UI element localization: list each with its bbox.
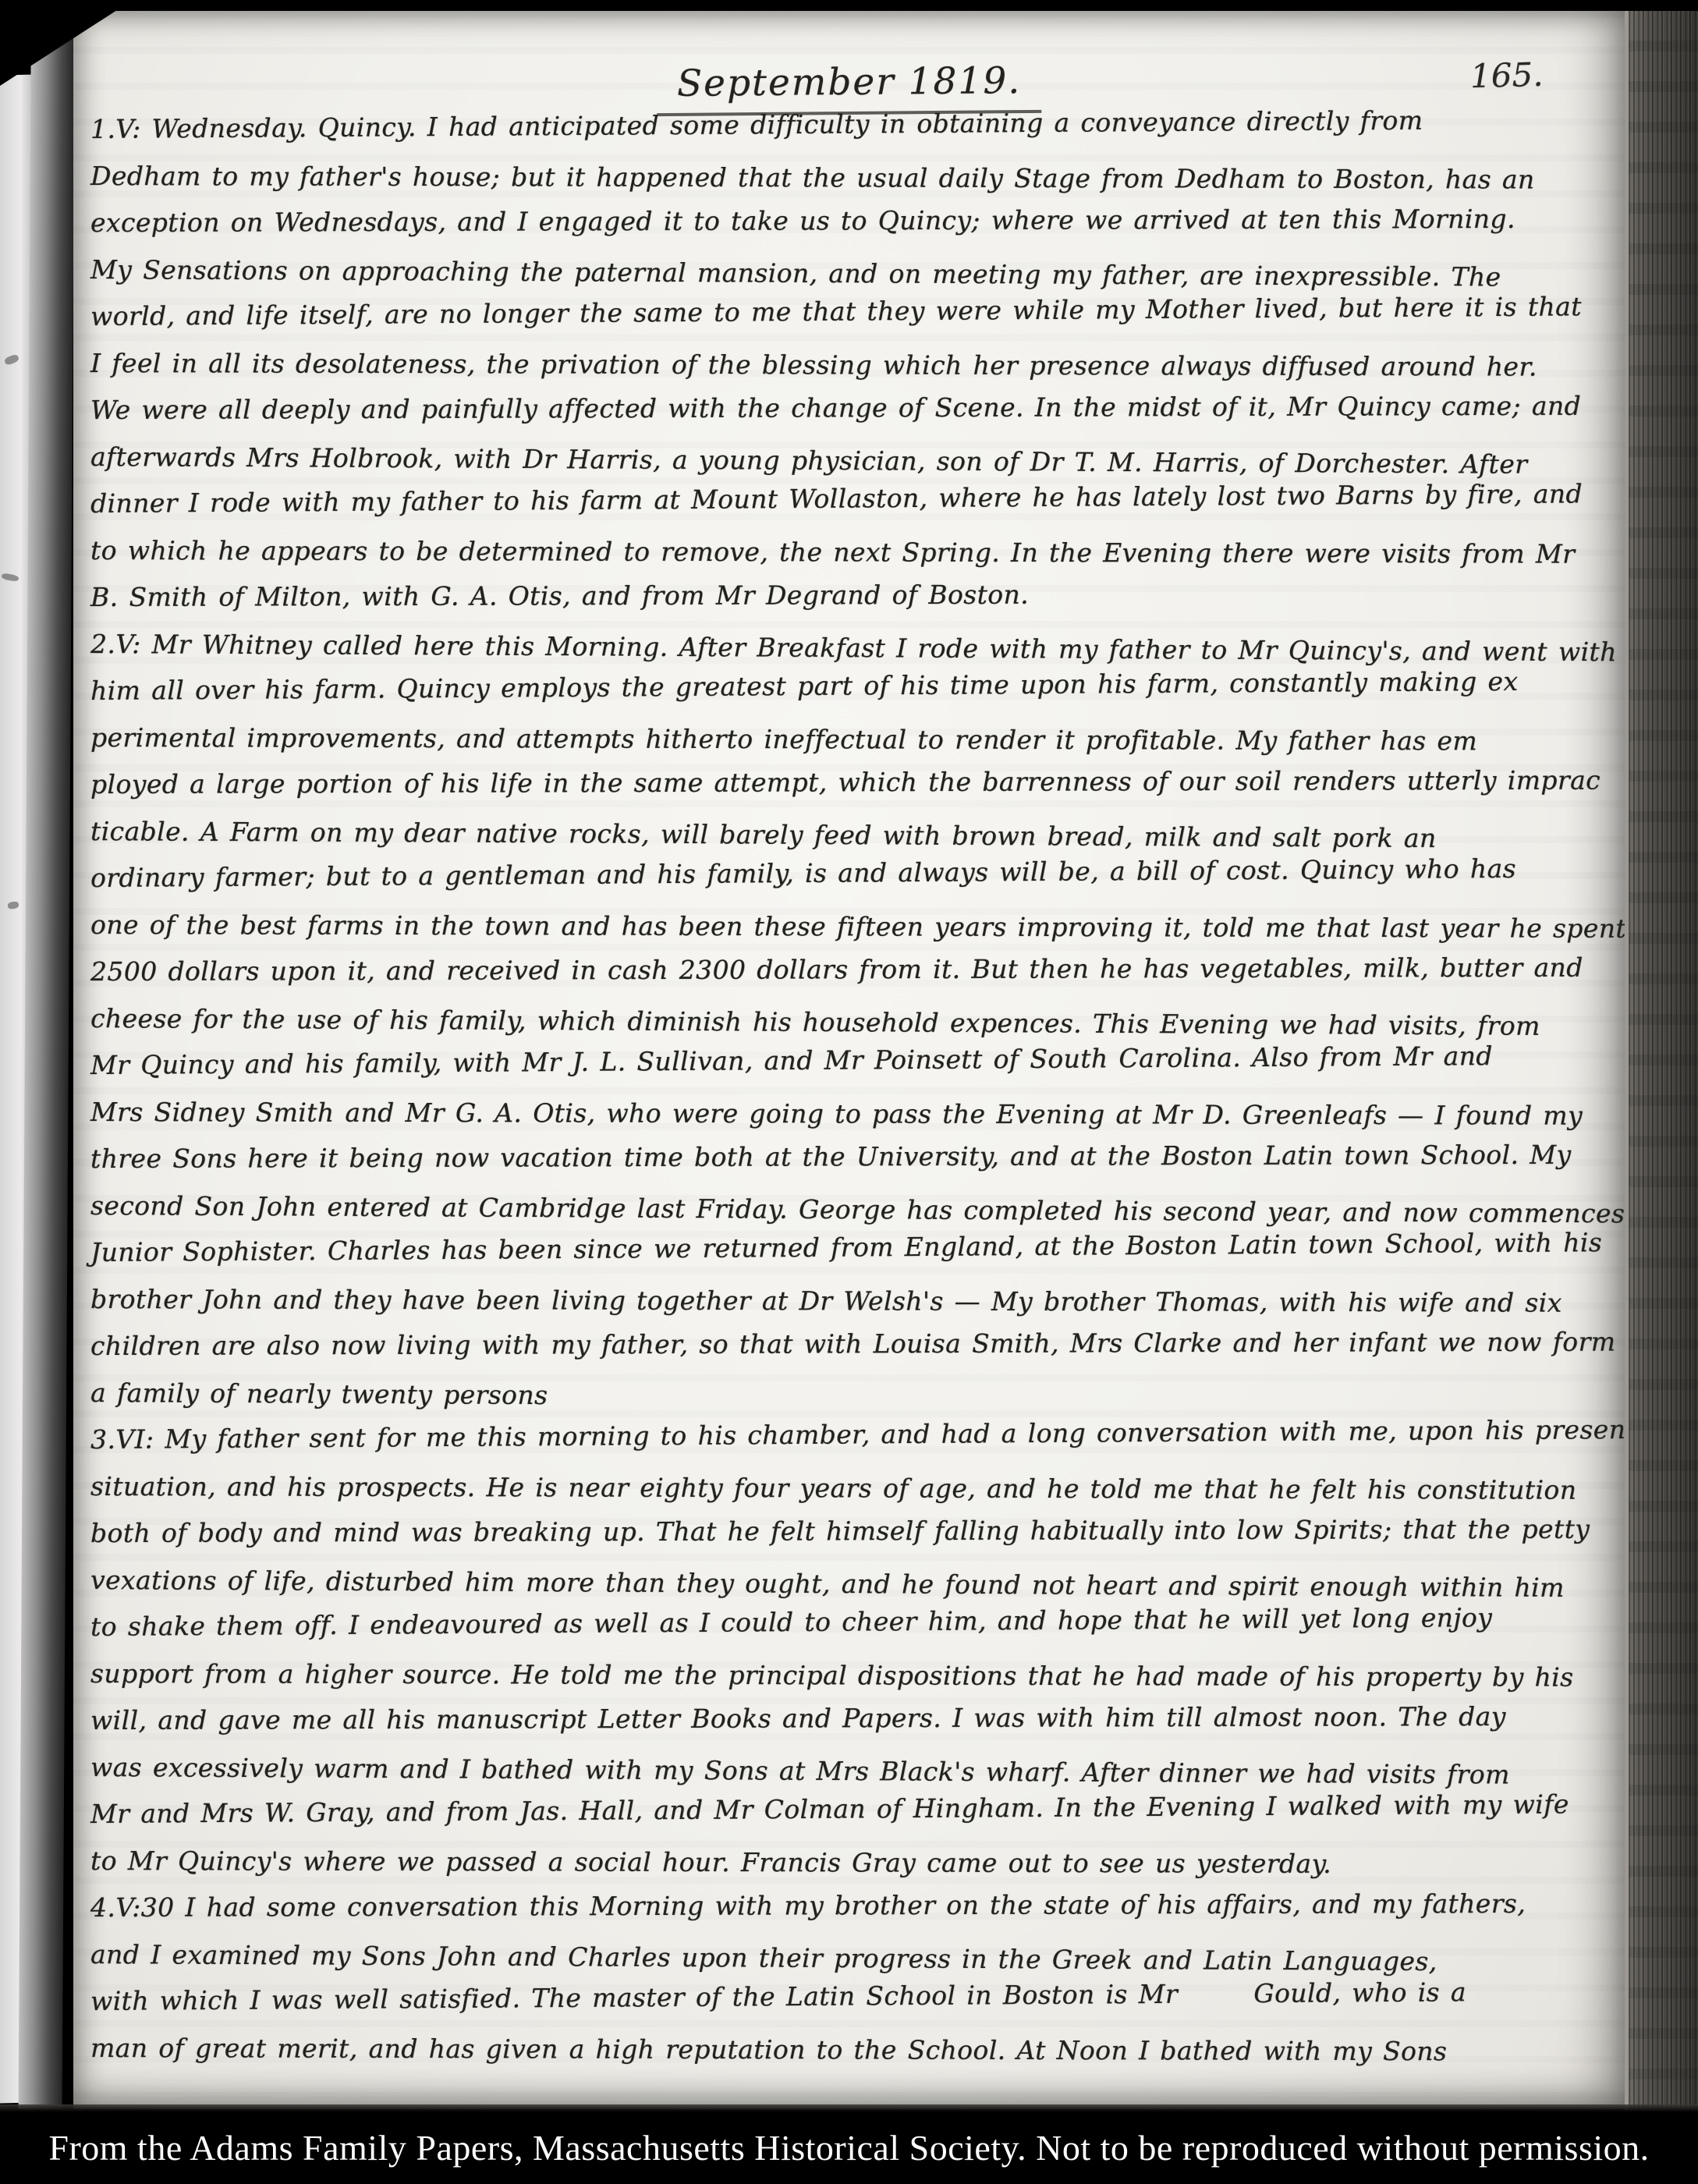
caption-band: From the Adams Family Papers, Massachuse… — [0, 2111, 1698, 2184]
top-black-band — [0, 0, 1698, 11]
manuscript-line: with which I was well satisfied. The mas… — [90, 1968, 1611, 2025]
manuscript-line: We were all deeply and painfully affecte… — [90, 383, 1611, 434]
page-number: 165. — [1470, 55, 1544, 95]
manuscript-line: man of great merit, and has given a high… — [90, 2025, 1611, 2076]
ink-bleed-mark — [4, 353, 19, 366]
manuscript-paper: September 1819. 165. 1.V: Wednesday. Qui… — [73, 11, 1625, 2109]
manuscript-line: ployed a large portion of his life in th… — [90, 757, 1611, 808]
manuscript-line: 1.V: Wednesday. Quincy. I had anticipate… — [90, 96, 1611, 153]
archive-caption: From the Adams Family Papers, Massachuse… — [48, 2127, 1649, 2168]
manuscript-line: world, and life itself, are no longer th… — [90, 283, 1611, 340]
scanned-diary-page: September 1819. 165. 1.V: Wednesday. Qui… — [0, 0, 1698, 2184]
manuscript-line: Junior Sophister. Charles has been since… — [90, 1219, 1611, 1276]
manuscript-line: both of body and mind was breaking up. T… — [90, 1506, 1611, 1557]
manuscript-line: three Sons here it being now vacation ti… — [90, 1132, 1611, 1182]
manuscript-line: exception on Wednesdays, and I engaged i… — [90, 196, 1611, 246]
manuscript-line: B. Smith of Milton, with G. A. Otis, and… — [90, 570, 1611, 621]
manuscript-line: Mr Quincy and his family, with Mr J. L. … — [90, 1032, 1611, 1089]
manuscript-line: children are also now living with my fat… — [90, 1319, 1611, 1370]
manuscript-line: 3.VI: My father sent for me this morning… — [90, 1406, 1611, 1463]
book-fore-edge — [1625, 0, 1698, 2111]
ink-bleed-mark — [1, 573, 19, 582]
manuscript-line: him all over his farm. Quincy employs th… — [90, 658, 1611, 714]
manuscript-line: dinner I rode with my father to his farm… — [90, 470, 1611, 527]
manuscript-line: 4.V:30 I had some conversation this Morn… — [90, 1881, 1611, 1931]
manuscript-line: Mr and Mrs W. Gray, and from Jas. Hall, … — [90, 1781, 1611, 1838]
ink-bleed-mark — [7, 901, 19, 909]
manuscript-line: ordinary farmer; but to a gentleman and … — [90, 845, 1611, 902]
manuscript-line: will, and gave me all his manuscript Let… — [90, 1693, 1611, 1744]
manuscript-text: 1.V: Wednesday. Quincy. I had anticipate… — [90, 106, 1611, 2072]
manuscript-line: 2500 dollars upon it, and received in ca… — [90, 945, 1611, 995]
manuscript-line: to shake them off. I endeavoured as well… — [90, 1594, 1611, 1650]
